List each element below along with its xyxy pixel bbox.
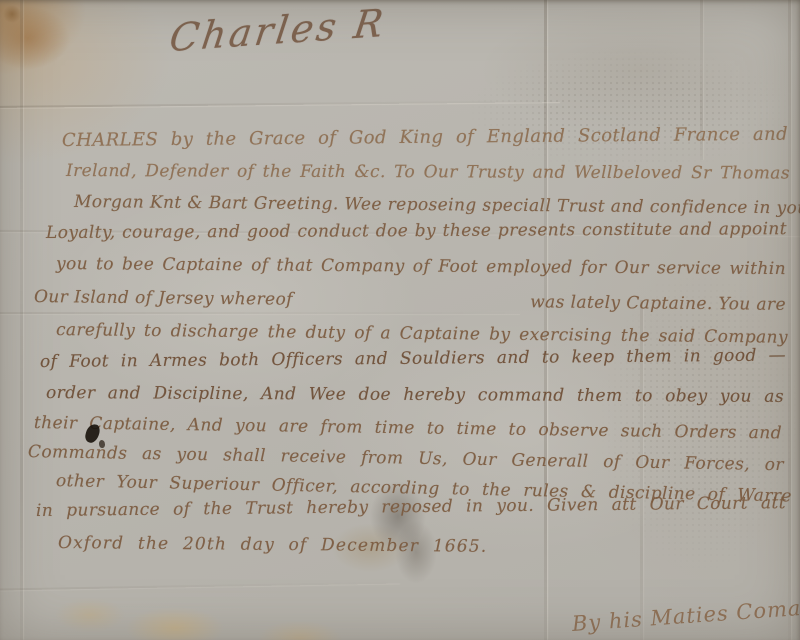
line-6-left-segment: Our Island of Jersey whereof (34, 287, 293, 310)
vertical-fold-crease (544, 0, 547, 640)
vertical-fold-crease-left (20, 0, 23, 640)
horizontal-crease (0, 312, 520, 314)
manuscript-line-9: order and Discipline, And Wee doe hereby… (46, 383, 784, 407)
manuscript-line-3: Morgan Knt & Bart Greeting. Wee reposein… (74, 192, 790, 218)
parchment-texture-right (600, 270, 800, 570)
manuscript-line-2: Ireland, Defender of the Faith &c. To Ou… (66, 161, 790, 184)
line-6-right-segment: was lately Captaine. You are (530, 292, 786, 315)
manuscript-line-5: you to bee Captaine of that Company of F… (56, 254, 786, 279)
ink-blot-small (99, 440, 105, 448)
vertical-fold-crease-edge (788, 0, 791, 640)
horizontal-crease (0, 582, 400, 591)
closing-inscription: By his Maties Comand (571, 594, 800, 636)
manuscript-line-14: Oxford the 20th day of December 1665. (58, 533, 488, 557)
manuscript-line-4: Loyalty, courage, and good conduct doe b… (46, 219, 787, 243)
manuscript-page: Charles R CHARLES by the Grace of God Ki… (0, 0, 800, 640)
parchment-texture-top-right (470, 50, 790, 170)
royal-signature: Charles R (167, 1, 389, 61)
